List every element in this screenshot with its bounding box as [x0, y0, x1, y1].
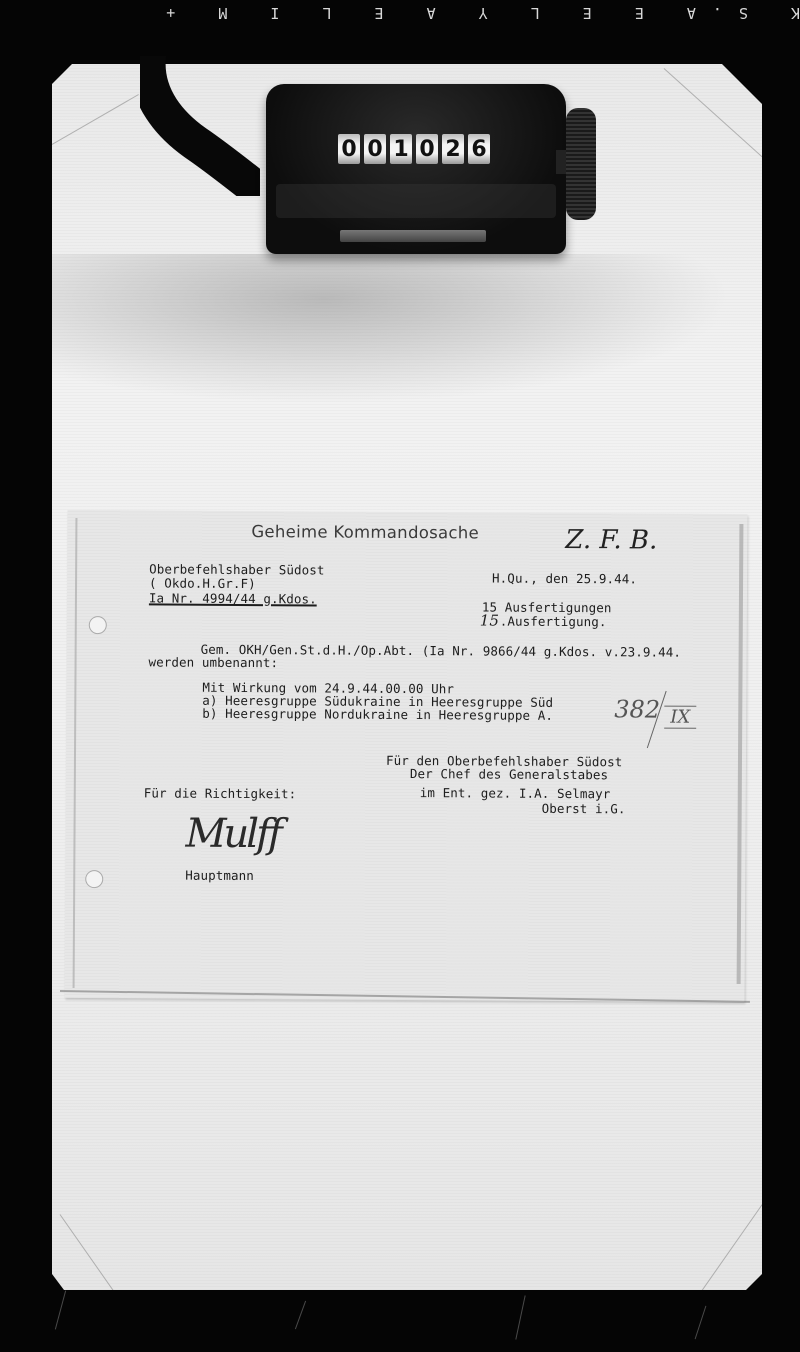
archive-roman: IX [664, 706, 696, 729]
body-line2: werden umbenannt: [149, 655, 279, 670]
counter-digits: 0 0 1 0 2 6 [338, 134, 490, 164]
renaming-item-b: b) Heeresgruppe Nordukraine in Heeresgru… [202, 707, 553, 723]
place-date: H.Qu., den 25.9.44. [492, 572, 637, 587]
counter-cable [140, 56, 260, 196]
copy-number-label: .Ausfertigung. [500, 615, 607, 630]
counter-digit: 1 [390, 134, 412, 164]
punch-hole [85, 870, 103, 888]
handwritten-initials: Z. F. B. [565, 525, 657, 556]
counter-digit: 6 [468, 134, 490, 164]
counter-digit: 0 [338, 134, 360, 164]
film-scratch [295, 1301, 306, 1330]
sheet-edge [73, 518, 78, 988]
classification-heading: Geheime Kommandosache [251, 525, 479, 540]
film-scratch [515, 1295, 525, 1339]
signature-line3: im Ent. gez. I.A. Selmayr [420, 786, 611, 801]
counter-reset-knob [566, 108, 596, 220]
film-scratch [695, 1306, 707, 1340]
certification-label: Für die Richtigkeit: [144, 786, 297, 801]
archive-number: 382 [614, 695, 660, 723]
counter-band [276, 184, 556, 218]
counter-digit: 0 [364, 134, 386, 164]
punch-hole [89, 616, 107, 634]
counter-shadow [52, 254, 732, 404]
document-sheet: Geheime Kommandosache Z. F. B. Oberbefeh… [65, 510, 748, 1002]
counter-plate [340, 230, 486, 242]
frame-counter: 0 0 1 0 2 6 [266, 84, 566, 254]
signature-line2: Der Chef des Generalstabes [410, 767, 608, 782]
reference-number: Ia Nr. 4994/44 g.Kdos. [149, 591, 317, 606]
counter-digit: 0 [416, 134, 438, 164]
film-scratch [55, 1291, 66, 1330]
counter-digit: 2 [442, 134, 464, 164]
sheet-edge [737, 524, 744, 984]
signer-rank: Hauptmann [185, 869, 254, 883]
sender-line2: ( Okdo.H.Gr.F) [149, 576, 256, 591]
signature-line4: Oberst i.G. [542, 802, 626, 817]
handwritten-signature: Mulff [185, 811, 279, 858]
film-strip-marker: K S.A E E L Y A E L I M + [180, 0, 800, 22]
copy-number-handwritten: 15 [480, 611, 499, 629]
